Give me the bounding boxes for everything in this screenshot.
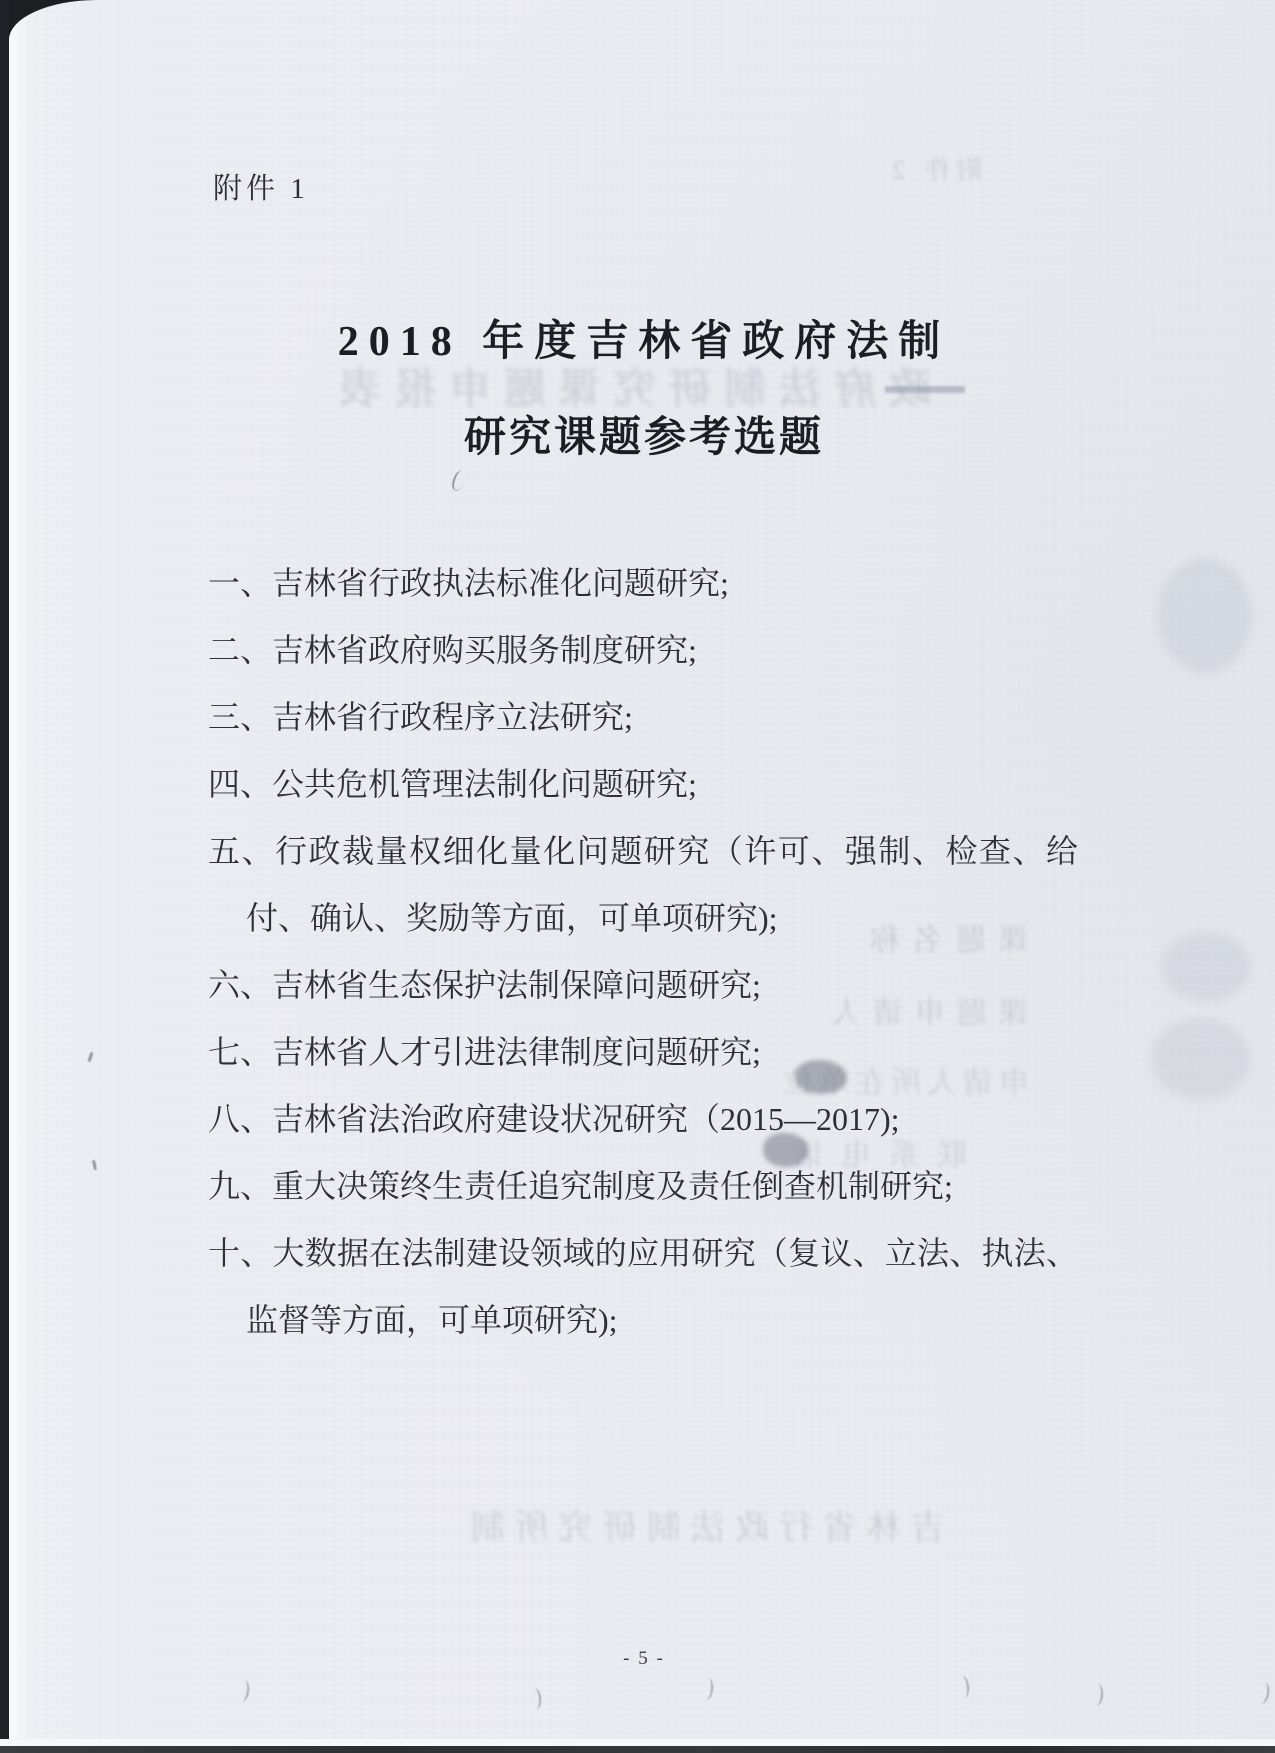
topic-7-line-1: 七、吉林省人才引进法律制度问题研究;	[208, 1019, 1078, 1086]
crease-mark	[956, 1675, 970, 1698]
topic-8-line-1: 八、吉林省法治政府建设状况研究（2015—2017);	[208, 1086, 1078, 1153]
scanner-bed-left-edge	[0, 0, 9, 1753]
attachment-label: 附件 1	[213, 166, 309, 207]
crease-mark	[528, 1688, 542, 1711]
topic-5-line-2: 付、确认、奖励等方面，可单项研究);	[246, 885, 1078, 952]
bleedthrough-smudge	[1151, 1018, 1251, 1100]
edge-tick-mark	[92, 1160, 97, 1170]
topic-4-line-1: 四、公共危机管理法制化问题研究;	[208, 751, 1078, 818]
topic-1-line-1: 一、吉林省行政执法标准化问题研究;	[208, 550, 1078, 617]
crease-mark	[700, 1677, 714, 1700]
crease-mark	[1255, 1681, 1271, 1705]
crease-mark	[1090, 1684, 1104, 1707]
scanned-page: 附件 2 政府法制研究课题申报表 课题名称 课题申请人 申请人所在单位 联系电话…	[0, 0, 1275, 1753]
bleedthrough-attachment2-label: 附件 2	[867, 150, 982, 187]
crease-mark	[236, 1679, 251, 1702]
topic-list: 一、吉林省行政执法标准化问题研究;二、吉林省政府购买服务制度研究;三、吉林省行政…	[208, 550, 1078, 1354]
document-title-line1: 2018 年度吉林省政府法制	[154, 308, 1134, 368]
paper-bottom-edge	[0, 1739, 1275, 1746]
topic-5-line-1: 五、行政裁量权细化量化问题研究（许可、强制、检查、给	[208, 818, 1078, 885]
topic-9-line-1: 九、重大决策终生责任追究制度及责任倒查机制研究;	[208, 1153, 1078, 1220]
paper-edge-highlight	[9, 0, 27, 1746]
bleedthrough-smudge	[1157, 558, 1252, 673]
topic-2-line-1: 二、吉林省政府购买服务制度研究;	[208, 617, 1078, 684]
topic-3-line-1: 三、吉林省行政程序立法研究;	[208, 684, 1078, 751]
pen-squiggle-mark	[451, 469, 467, 492]
topic-10-line-2: 监督等方面，可单项研究);	[246, 1287, 1078, 1354]
bleedthrough-footer-text: 吉林省行政法制研究所制	[405, 1500, 945, 1549]
paper-sheet: 附件 2 政府法制研究课题申报表 课题名称 课题申请人 申请人所在单位 联系电话…	[9, 0, 1275, 1746]
edge-tick-mark	[88, 1052, 94, 1062]
scanner-bed-bottom-edge	[0, 1746, 1275, 1753]
topic-10-line-1: 十、大数据在法制建设领域的应用研究（复议、立法、执法、	[208, 1220, 1078, 1287]
bleedthrough-smudge	[1161, 932, 1251, 1002]
document-title-line2: 研究课题参考选题	[154, 404, 1134, 464]
topic-6-line-1: 六、吉林省生态保护法制保障问题研究;	[208, 952, 1078, 1019]
page-number: - 5 -	[154, 1648, 1134, 1670]
bleedthrough-underline-mark	[885, 386, 965, 393]
